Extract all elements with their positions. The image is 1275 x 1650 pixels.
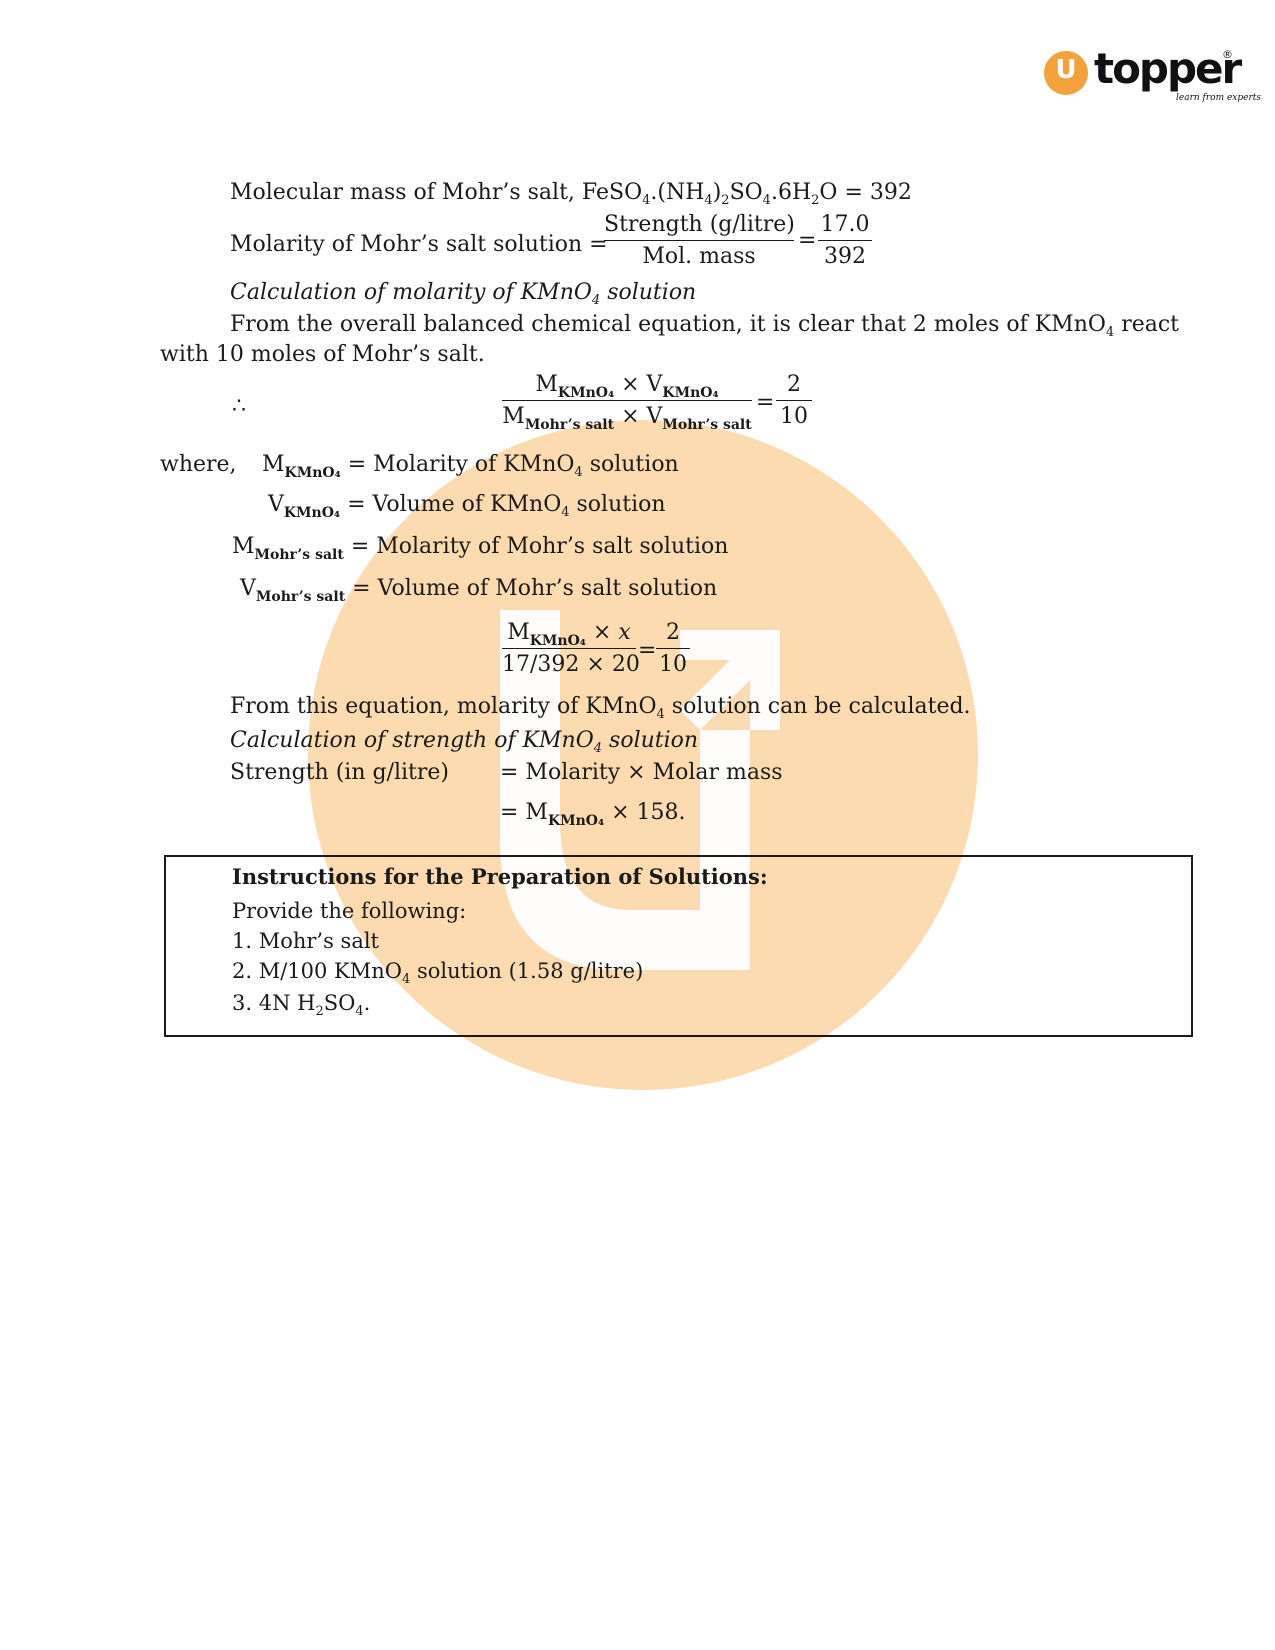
registered-mark: ® [1222,48,1233,61]
ratio-fraction: 210 [776,372,812,430]
instruction-item-3: 3. 4N H2SO4. [232,990,370,1016]
molecular-mass-line: Molecular mass of Mohr’s salt, FeSO4.(NH… [230,180,912,206]
strength-equation-2: = MKMnO₄ × 158. [500,800,686,826]
definition-v-mohrs-salt: VMohr’s salt = Volume of Mohr’s salt sol… [240,576,717,602]
instructions-title: Instructions for the Preparation of Solu… [232,864,768,890]
topper-logo-text: topper [1094,44,1240,93]
instructions-intro: Provide the following: [232,898,466,924]
molarity-ratio-equation: MKMnO₄ × VKMnO₄ MMohr’s salt × VMohr’s s… [502,372,752,430]
heading-molarity-kmno4: Calculation of molarity of KMnO4 solutio… [230,280,696,306]
strength-label: Strength (in g/litre) [230,760,449,786]
value-fraction: 17.0392 [818,212,872,270]
definition-m-mohrs-salt: MMohr’s salt = Molarity of Mohr’s salt s… [232,534,728,560]
where-label: where, [160,452,237,478]
logo-tagline: learn from experts [1176,93,1261,103]
paragraph-molarity-calculated: From this equation, molarity of KMnO4 so… [230,694,971,720]
paragraph-balanced-equation-cont: with 10 moles of Mohr’s salt. [160,342,485,368]
equals-sign: = [756,390,774,416]
strength-fraction: Strength (g/litre)Mol. mass [604,212,794,270]
equals-sign: = [638,638,656,664]
instruction-item-2: 2. M/100 KMnO4 solution (1.58 g/litre) [232,958,643,984]
definition-v-kmno4: VKMnO₄ = Volume of KMnO4 solution [268,492,666,518]
ratio-fraction-2: 210 [656,620,690,678]
definition-m-kmno4: MKMnO₄ = Molarity of KMnO4 solution [262,452,679,478]
titration-equation: MKMnO₄ × x 17/392 × 20 [502,620,636,678]
topper-logo-icon: U [1044,51,1088,95]
therefore-symbol: ∴ [232,394,246,420]
heading-strength-kmno4: Calculation of strength of KMnO4 solutio… [230,728,698,754]
paragraph-balanced-equation: From the overall balanced chemical equat… [230,312,1180,338]
instruction-item-1: 1. Mohr’s salt [232,928,379,954]
molarity-label: Molarity of Mohr’s salt solution = [230,232,608,258]
strength-equation-1: = Molarity × Molar mass [500,760,783,786]
equals-sign: = [798,228,816,254]
